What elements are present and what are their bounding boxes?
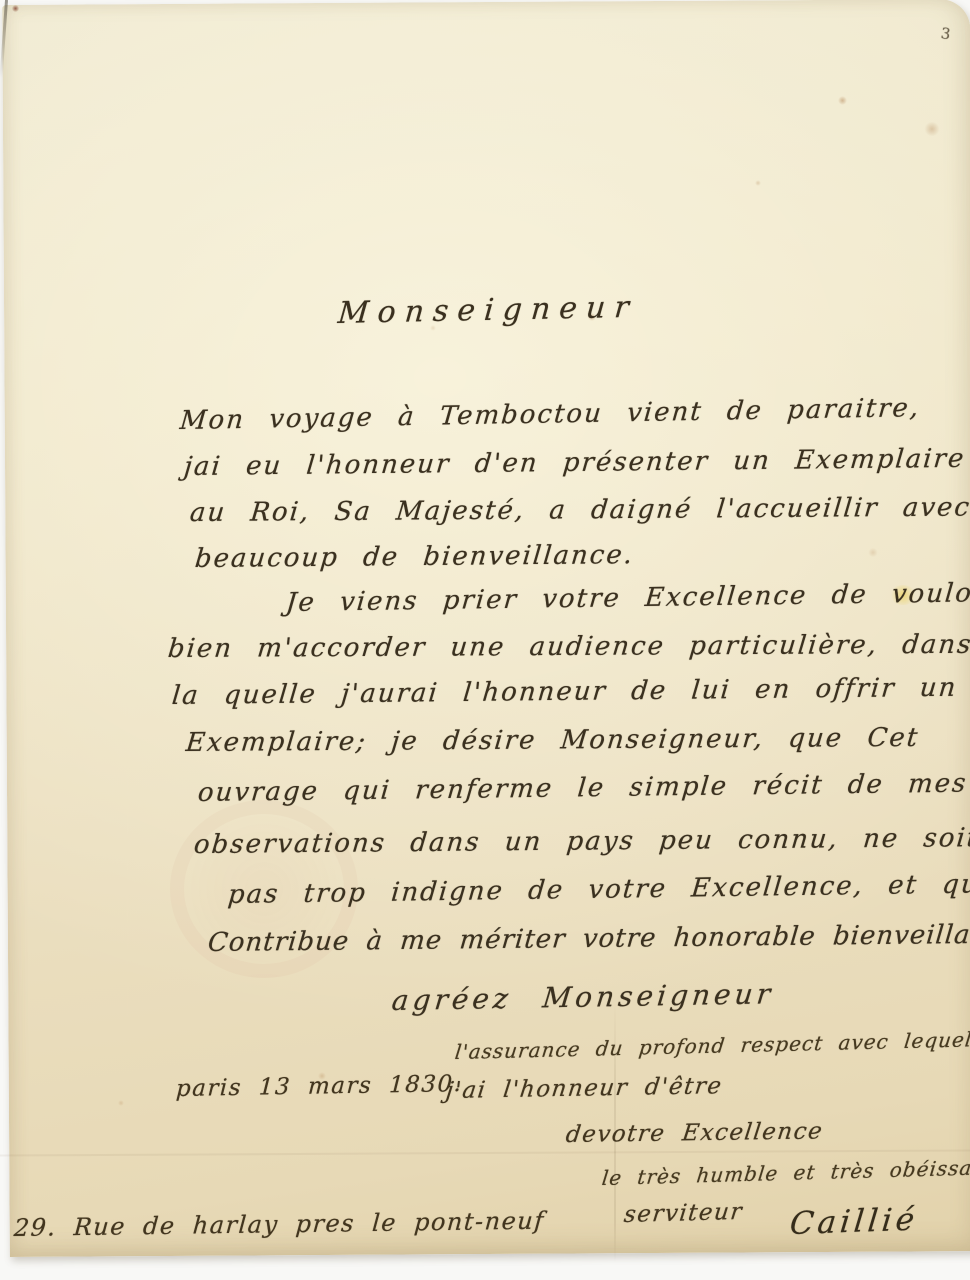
signature: Caillié <box>788 1201 920 1242</box>
pencil-note: 3 <box>940 24 952 43</box>
salutation: Monseigneur <box>337 290 640 331</box>
letter-line: au Roi, Sa Majesté, a daigné l'accueilli… <box>189 493 970 528</box>
closing-agreez: agréez Monseigneur <box>390 977 776 1017</box>
date-line: paris 13 mars 1830. <box>175 1071 463 1102</box>
closing-serviteur: serviteur <box>623 1199 745 1228</box>
letter-paper <box>2 0 970 1257</box>
scanned-letter-page: 3 Monseigneur Mon voyage à Temboctou vie… <box>0 0 970 1280</box>
letter-line: beaucoup de bienveillance. <box>194 540 636 574</box>
closing-honneur: j'ai l'honneur d'être <box>444 1073 724 1104</box>
closing-excellence: devotre Excellence <box>564 1118 824 1148</box>
letter-line: Exemplaire; je désire Monseigneur, que C… <box>185 723 921 758</box>
letter-line: bien m'accorder une audience particulièr… <box>167 630 970 664</box>
